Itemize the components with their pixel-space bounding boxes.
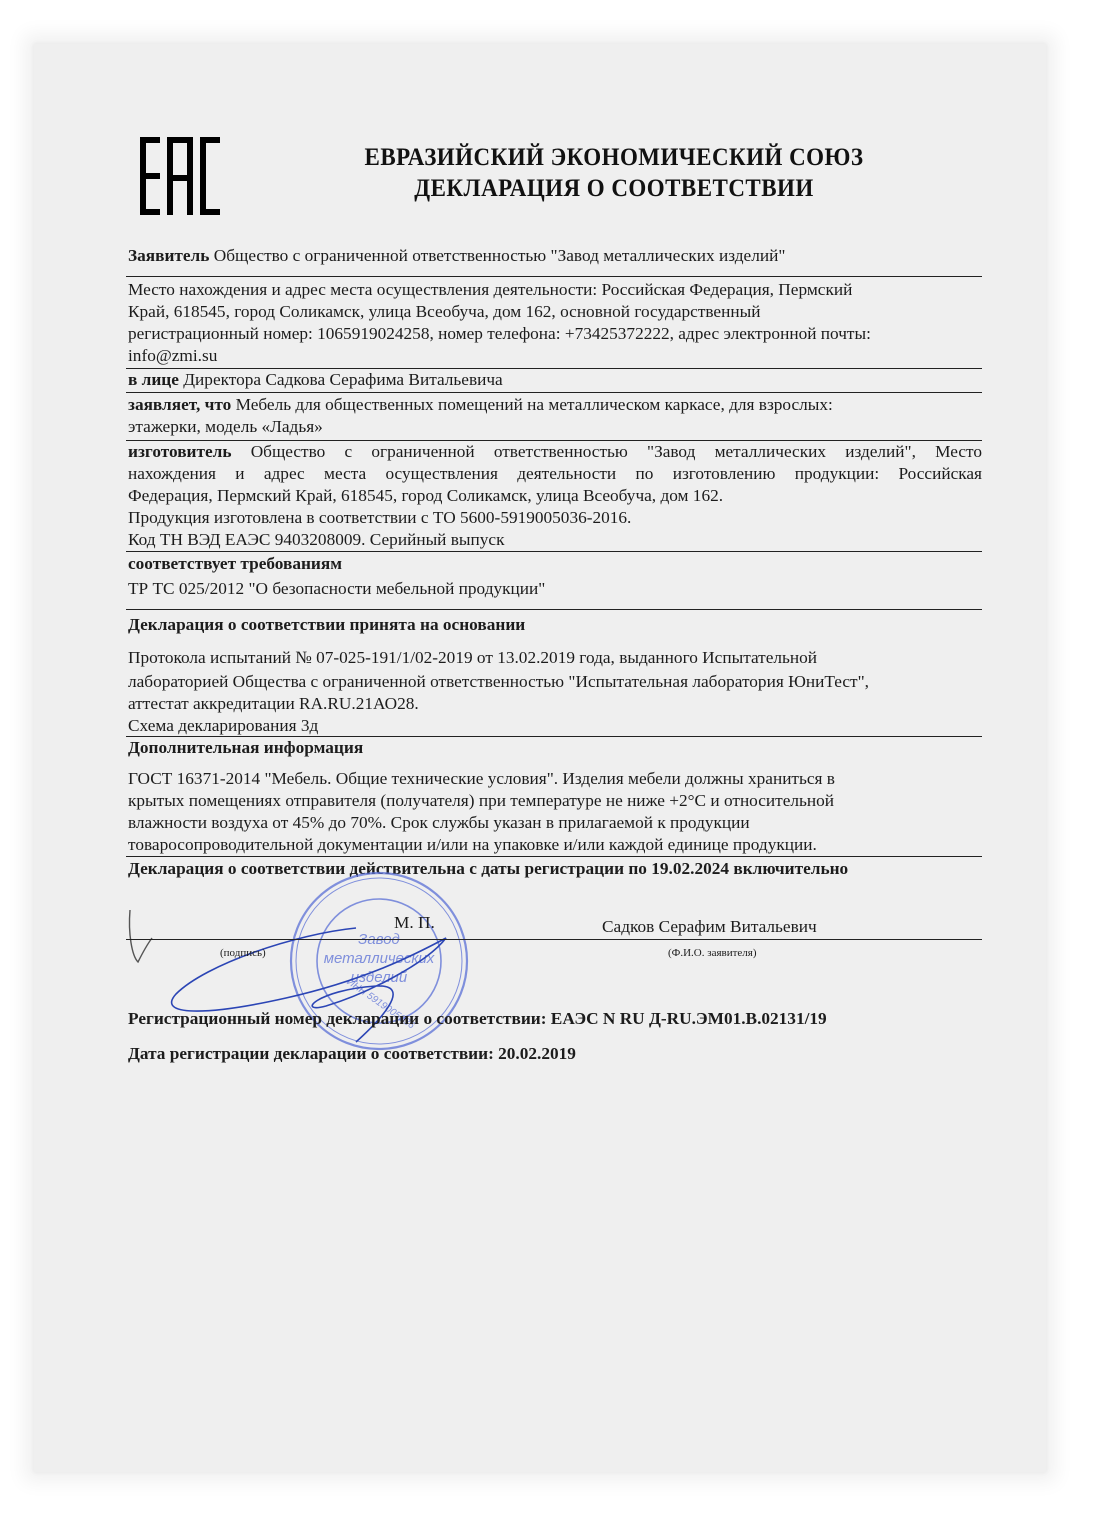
validity: Декларация о соответствии действительна … xyxy=(128,858,848,880)
address-line: Место нахождения и адрес места осуществл… xyxy=(128,279,852,301)
conforms-label: соответствует требованиям xyxy=(128,553,342,575)
manufacturer-line: нахождения и адрес места осуществления д… xyxy=(128,463,982,485)
representative-row: в лице Директора Садкова Серафима Виталь… xyxy=(128,369,503,391)
declares-label: заявляет, что xyxy=(128,395,231,414)
divider xyxy=(126,392,982,393)
manufacturer-line: Общество с ограниченной ответственностью… xyxy=(251,442,982,461)
divider xyxy=(126,609,982,610)
basis-line: лабораторией Общества с ограниченной отв… xyxy=(128,671,869,693)
declares-line: Мебель для общественных помещений на мет… xyxy=(236,395,833,414)
divider xyxy=(126,856,982,857)
applicant-label: Заявитель xyxy=(128,246,209,265)
declares-row: заявляет, что Мебель для общественных по… xyxy=(128,394,833,416)
basis-line: аттестат аккредитации RA.RU.21АО28. xyxy=(128,693,419,715)
signature-caption: (подпись) xyxy=(220,942,266,964)
divider xyxy=(126,276,982,277)
conforms-value: ТР ТС 025/2012 "О безопасности мебельной… xyxy=(128,578,545,600)
address-line: Край, 618545, город Соликамск, улица Все… xyxy=(128,301,760,323)
additional-line: влажности воздуха от 45% до 70%. Срок сл… xyxy=(128,812,750,834)
applicant-value: Общество с ограниченной ответственностью… xyxy=(214,246,786,265)
additional-line: крытых помещениях отправителя (получател… xyxy=(128,790,834,812)
email: info@zmi.su xyxy=(128,345,217,367)
registration-number: Регистрационный номер декларации о соотв… xyxy=(128,1008,827,1030)
eac-logo-icon xyxy=(140,135,222,217)
additional-line: ГОСТ 16371-2014 "Мебель. Общие техническ… xyxy=(128,768,835,790)
manufacturer-spec: Продукция изготовлена в соответствии с Т… xyxy=(128,507,631,529)
representative-value: Директора Садкова Серафима Витальевича xyxy=(183,370,502,389)
applicant-row: Заявитель Общество с ограниченной ответс… xyxy=(128,245,785,267)
divider xyxy=(126,551,982,552)
additional-line: товаросопроводительной документации и/ил… xyxy=(128,834,817,856)
representative-label: в лице xyxy=(128,370,179,389)
document-title: ДЕКЛАРАЦИЯ О СООТВЕТСТВИИ xyxy=(292,175,936,203)
declaration-page: ЕВРАЗИЙСКИЙ ЭКОНОМИЧЕСКИЙ СОЮЗ ДЕКЛАРАЦИ… xyxy=(34,44,1046,1472)
registration-date: Дата регистрации декларации о соответств… xyxy=(128,1043,576,1065)
address-line: регистрационный номер: 1065919024258, но… xyxy=(128,323,871,345)
basis-line: Протокола испытаний № 07-025-191/1/02-20… xyxy=(128,647,817,669)
stamp-place-label: М. П. xyxy=(394,912,435,934)
union-title: ЕВРАЗИЙСКИЙ ЭКОНОМИЧЕСКИЙ СОЮЗ xyxy=(292,144,936,172)
additional-label: Дополнительная информация xyxy=(128,737,363,759)
manufacturer-code: Код ТН ВЭД ЕАЭС 9403208009. Серийный вып… xyxy=(128,529,504,551)
manufacturer-row: изготовитель Общество с ограниченной отв… xyxy=(128,441,982,463)
applicant-name: Садков Серафим Витальевич xyxy=(602,916,817,938)
name-caption: (Ф.И.О. заявителя) xyxy=(668,942,757,964)
manufacturer-label: изготовитель xyxy=(128,442,231,461)
signature-line xyxy=(126,939,982,940)
scheme: Схема декларирования 3д xyxy=(128,715,318,737)
declares-line: этажерки, модель «Ладья» xyxy=(128,416,323,438)
manufacturer-line: Федерация, Пермский Край, 618545, город … xyxy=(128,485,723,507)
basis-label: Декларация о соответствии принята на осн… xyxy=(128,614,525,636)
